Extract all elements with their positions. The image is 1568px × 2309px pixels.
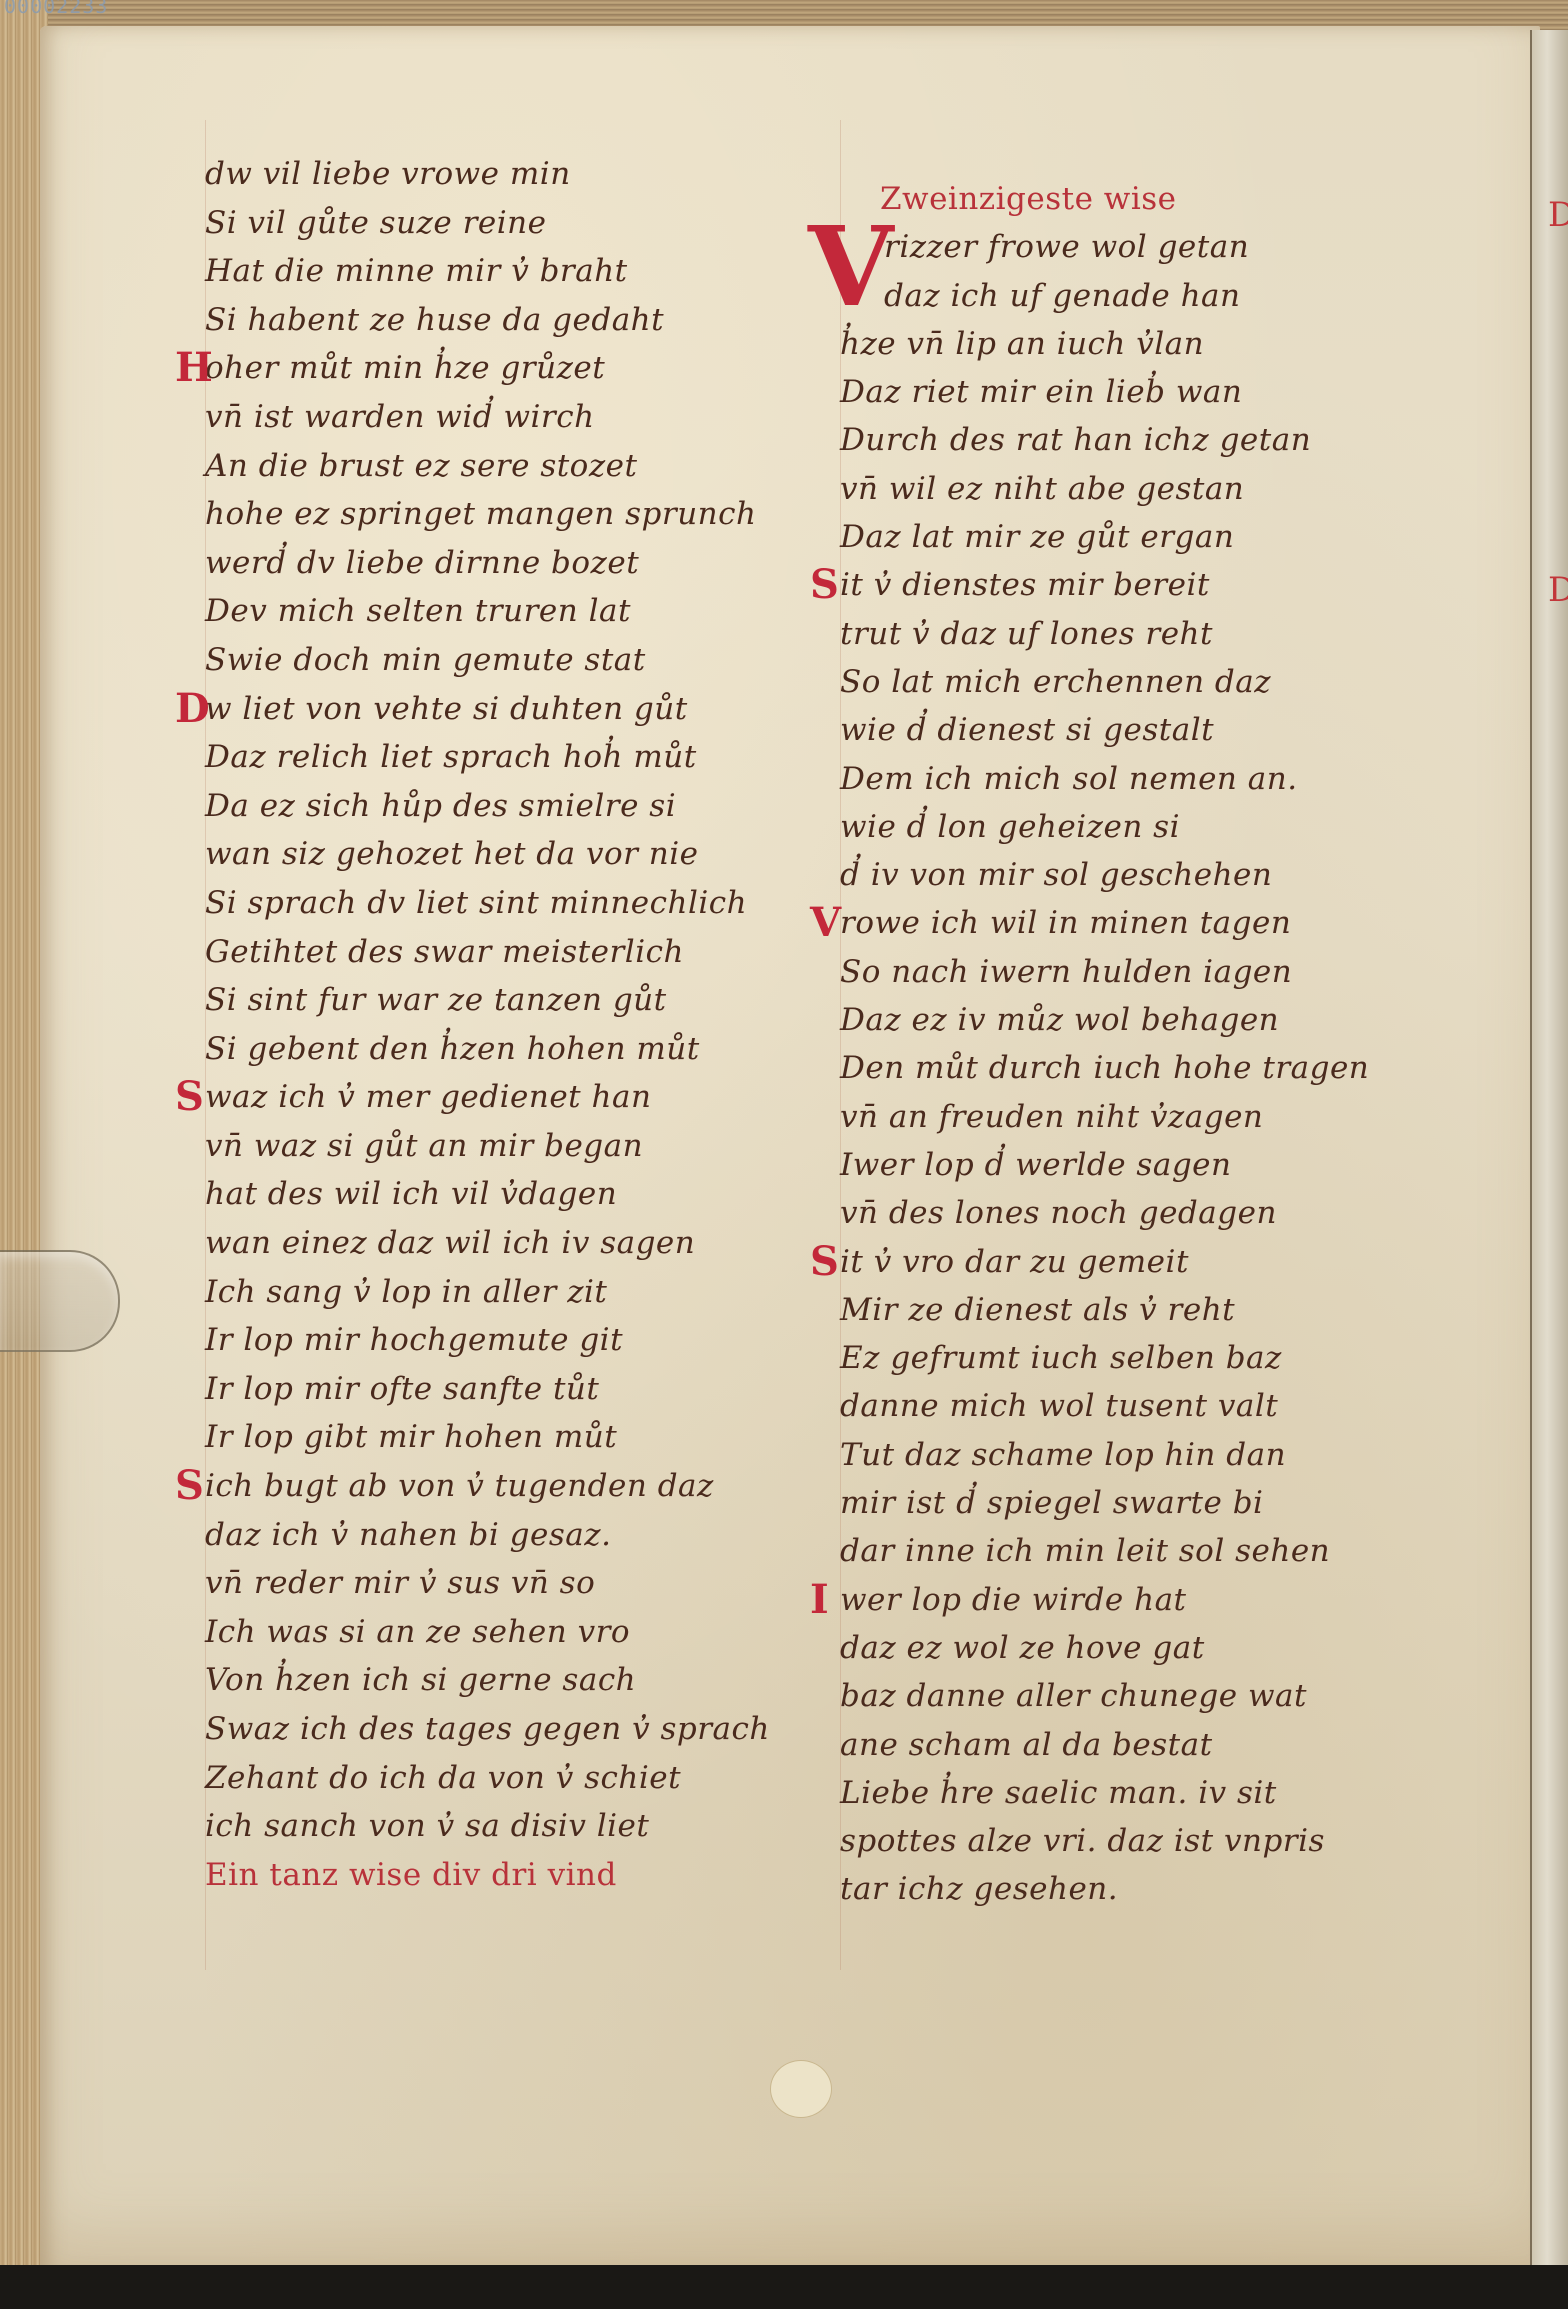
line-text: vn̄ an freuden niht v̓zagen <box>840 1099 1263 1135</box>
text-line: Swaz ich v̓ mer gedienet han <box>205 1073 785 1122</box>
line-text: vn̄ reder mir v̓ sus vn̄ so <box>205 1565 595 1601</box>
line-text: dw vil liebe vrowe min <box>205 156 571 192</box>
text-line: Sich bugt ab von v̓ tugenden daz <box>205 1462 785 1511</box>
line-text: So nach iwern hulden iagen <box>840 954 1292 990</box>
line-text: Si sint fur war ze tanzen gůt <box>205 982 667 1018</box>
red-initial: I <box>810 1576 829 1624</box>
text-line: Sit v̓ dienstes mir bereit <box>840 561 1400 609</box>
text-line: ich sanch von v̓ sa disiv liet <box>205 1802 785 1851</box>
line-text: wan einez daz wil ich iv sagen <box>205 1225 695 1261</box>
text-line: An die brust ez sere stozet <box>205 442 785 491</box>
line-text: Hat die minne mir v̓ braht <box>205 253 628 289</box>
text-line: Iwer lop die wirde hat <box>840 1576 1400 1624</box>
line-text: Mir ze dienest als v̓ reht <box>840 1292 1235 1328</box>
text-line: dw vil liebe vrowe min <box>205 150 785 199</box>
line-text: Getihtet des swar meisterlich <box>205 934 684 970</box>
text-line: ane scham al da bestat <box>840 1721 1400 1769</box>
text-line: werd̓ dv liebe dirnne bozet <box>205 539 785 588</box>
text-line: Si vil gůte suze reine <box>205 199 785 248</box>
text-line: trut v̓ daz uf lones reht <box>840 610 1400 658</box>
left-column: dw vil liebe vrowe minSi vil gůte suze r… <box>205 150 785 1899</box>
text-line: Si gebent den h̓zen hohen můt <box>205 1025 785 1074</box>
text-line: So lat mich erchennen daz <box>840 658 1400 706</box>
text-line: vn̄ ist warden wid̓ wirch <box>205 393 785 442</box>
line-text: Swie doch min gemute stat <box>205 642 646 678</box>
facing-page-initial: D <box>1548 570 1568 610</box>
line-text: trut v̓ daz uf lones reht <box>840 616 1213 652</box>
line-text: rizzer frowe wol getan <box>884 229 1249 265</box>
text-line: Von h̓zen ich si gerne sach <box>205 1656 785 1705</box>
red-initial: S <box>175 1462 204 1511</box>
text-line: wan einez daz wil ich iv sagen <box>205 1219 785 1268</box>
text-line: Da ez sich hůp des smielre si <box>205 782 785 831</box>
line-text: Si vil gůte suze reine <box>205 205 546 241</box>
line-text: daz ich uf genade han <box>884 278 1241 314</box>
text-line: Mir ze dienest als v̓ reht <box>840 1286 1400 1334</box>
line-text: wan siz gehozet het da vor nie <box>205 836 699 872</box>
text-line: Ir lop mir ofte sanfte tůt <box>205 1365 785 1414</box>
line-text: vn̄ des lones noch gedagen <box>840 1195 1277 1231</box>
text-line: Ir lop mir hochgemute git <box>205 1316 785 1365</box>
red-initial: H <box>175 344 213 393</box>
line-text: wer lop die wirde hat <box>840 1582 1187 1618</box>
line-text: dar inne ich min leit sol sehen <box>840 1533 1330 1569</box>
line-text: Si sprach dv liet sint minnechlich <box>205 885 747 921</box>
red-initial: S <box>175 1073 204 1122</box>
text-line: tar ichz gesehen. <box>840 1865 1400 1913</box>
text-line: mir ist d̓ spiegel swarte bi <box>840 1479 1400 1527</box>
line-text: vn̄ waz si gůt an mir began <box>205 1128 643 1164</box>
text-line: Den můt durch iuch hohe tragen <box>840 1044 1400 1092</box>
line-text: daz ez wol ze hove gat <box>840 1630 1205 1666</box>
line-text: Swaz ich des tages gegen v̓ sprach <box>205 1711 770 1747</box>
line-text: w liet von vehte si duhten gůt <box>205 691 688 727</box>
red-initial: S <box>810 561 839 609</box>
line-text: Dev mich selten truren lat <box>205 593 631 629</box>
red-initial: D <box>175 685 210 734</box>
line-text: Ich was si an ze sehen vro <box>205 1614 630 1650</box>
line-text: Daz riet mir ein lieb̓ wan <box>840 374 1242 410</box>
line-text: Daz relich liet sprach hoh̓ můt <box>205 739 697 775</box>
text-line: vn̄ an freuden niht v̓zagen <box>840 1093 1400 1141</box>
line-text: ich sanch von v̓ sa disiv liet <box>205 1808 649 1844</box>
line-text: Den můt durch iuch hohe tragen <box>840 1050 1369 1086</box>
text-line: daz ich uf genade han <box>840 272 1400 320</box>
text-line: daz ez wol ze hove gat <box>840 1624 1400 1672</box>
text-line: Dw liet von vehte si duhten gůt <box>205 685 785 734</box>
text-line: hat des wil ich vil v̓dagen <box>205 1170 785 1219</box>
text-line: Vrowe ich wil in minen tagen <box>840 899 1400 947</box>
red-initial: V <box>810 899 842 947</box>
page-clip <box>0 1250 120 1352</box>
text-line: vn̄ wil ez niht abe gestan <box>840 465 1400 513</box>
line-text: Ir lop mir ofte sanfte tůt <box>205 1371 599 1407</box>
text-line: Tut daz schame lop hin dan <box>840 1431 1400 1479</box>
background-dark <box>0 2265 1568 2309</box>
text-line: Sit v̓ vro dar zu gemeit <box>840 1238 1400 1286</box>
line-text: d̓ iv von mir sol geschehen <box>840 857 1272 893</box>
text-line: Daz riet mir ein lieb̓ wan <box>840 368 1400 416</box>
text-line: Daz lat mir ze gůt ergan <box>840 513 1400 561</box>
text-line: d̓ iv von mir sol geschehen <box>840 851 1400 899</box>
line-text: Si habent ze huse da gedaht <box>205 302 664 338</box>
rubric-line: Ein tanz wise div dri vind <box>205 1851 785 1900</box>
line-text: Durch des rat han ichz getan <box>840 422 1311 458</box>
text-line: vn̄ des lones noch gedagen <box>840 1189 1400 1237</box>
text-line: Ich sang v̓ lop in aller zit <box>205 1268 785 1317</box>
text-line: Vrizzer frowe wol getan <box>840 223 1400 271</box>
text-line: wie d̓ lon geheizen si <box>840 803 1400 851</box>
text-line: hohe ez springet mangen sprunch <box>205 490 785 539</box>
line-text: waz ich v̓ mer gedienet han <box>205 1079 651 1115</box>
line-text: it v̓ vro dar zu gemeit <box>840 1244 1189 1280</box>
text-line: wan siz gehozet het da vor nie <box>205 830 785 879</box>
parchment-hole <box>770 2060 832 2118</box>
line-text: Ich sang v̓ lop in aller zit <box>205 1274 607 1310</box>
text-line: Si sprach dv liet sint minnechlich <box>205 879 785 928</box>
facing-page-initial: D <box>1548 195 1568 235</box>
text-line: Ir lop gibt mir hohen můt <box>205 1413 785 1462</box>
text-line: Hat die minne mir v̓ braht <box>205 247 785 296</box>
line-text: ane scham al da bestat <box>840 1727 1213 1763</box>
line-text: Von h̓zen ich si gerne sach <box>205 1662 636 1698</box>
line-text: Liebe h̓re saelic man. iv sit <box>840 1775 1277 1811</box>
line-text: spottes alze vri. daz ist vnpris <box>840 1823 1325 1859</box>
text-line: Si habent ze huse da gedaht <box>205 296 785 345</box>
text-line: Si sint fur war ze tanzen gůt <box>205 976 785 1025</box>
line-text: daz ich v̓ nahen bi gesaz. <box>205 1517 611 1553</box>
text-line: Swie doch min gemute stat <box>205 636 785 685</box>
text-line: Swaz ich des tages gegen v̓ sprach <box>205 1705 785 1754</box>
text-line: Liebe h̓re saelic man. iv sit <box>840 1769 1400 1817</box>
line-text: vn̄ ist warden wid̓ wirch <box>205 399 595 435</box>
line-text: wie d̓ lon geheizen si <box>840 809 1180 845</box>
line-text: Ir lop mir hochgemute git <box>205 1322 623 1358</box>
text-line: Zehant do ich da von v̓ schiet <box>205 1754 785 1803</box>
text-line: Ich was si an ze sehen vro <box>205 1608 785 1657</box>
line-text: Tut daz schame lop hin dan <box>840 1437 1286 1473</box>
text-line: danne mich wol tusent valt <box>840 1382 1400 1430</box>
text-line: wie d̓ dienest si gestalt <box>840 706 1400 754</box>
line-text: An die brust ez sere stozet <box>205 448 637 484</box>
facing-page-edge <box>1530 30 1568 2309</box>
line-text: mir ist d̓ spiegel swarte bi <box>840 1485 1263 1521</box>
text-line: Dem ich mich sol nemen an. <box>840 755 1400 803</box>
line-text: it v̓ dienstes mir bereit <box>840 567 1210 603</box>
line-text: tar ichz gesehen. <box>840 1871 1118 1907</box>
text-line: spottes alze vri. daz ist vnpris <box>840 1817 1400 1865</box>
text-line: Dev mich selten truren lat <box>205 587 785 636</box>
line-text: h̓ze vn̄ lip an iuch v̓lan <box>840 326 1204 362</box>
line-text: Si gebent den h̓zen hohen můt <box>205 1031 700 1067</box>
line-text: Iwer lop d̓ werlde sagen <box>840 1147 1231 1183</box>
text-line: dar inne ich min leit sol sehen <box>840 1527 1400 1575</box>
line-text: hohe ez springet mangen sprunch <box>205 496 756 532</box>
line-text: So lat mich erchennen daz <box>840 664 1271 700</box>
line-text: Da ez sich hůp des smielre si <box>205 788 676 824</box>
line-text: werd̓ dv liebe dirnne bozet <box>205 545 639 581</box>
line-text: Ir lop gibt mir hohen můt <box>205 1419 617 1455</box>
text-line: vn̄ waz si gůt an mir began <box>205 1122 785 1171</box>
text-line: h̓ze vn̄ lip an iuch v̓lan <box>840 320 1400 368</box>
line-text: baz danne aller chunege wat <box>840 1678 1307 1714</box>
page-id-label: 00002233 <box>4 0 108 18</box>
text-line: Durch des rat han ichz getan <box>840 416 1400 464</box>
text-line: daz ich v̓ nahen bi gesaz. <box>205 1511 785 1560</box>
text-line: Iwer lop d̓ werlde sagen <box>840 1141 1400 1189</box>
line-text: danne mich wol tusent valt <box>840 1388 1278 1424</box>
line-text: Daz lat mir ze gůt ergan <box>840 519 1234 555</box>
line-text: wie d̓ dienest si gestalt <box>840 712 1214 748</box>
text-line: So nach iwern hulden iagen <box>840 948 1400 996</box>
line-text: ich bugt ab von v̓ tugenden daz <box>205 1468 714 1504</box>
red-initial: S <box>810 1238 839 1286</box>
line-text: Dem ich mich sol nemen an. <box>840 761 1298 797</box>
right-column: Zweinzigeste wise Vrizzer frowe wol geta… <box>840 175 1400 1914</box>
line-text: oher můt min h̓ze grůzet <box>205 350 605 386</box>
text-line: Hoher můt min h̓ze grůzet <box>205 344 785 393</box>
line-text: Ez gefrumt iuch selben baz <box>840 1340 1282 1376</box>
line-text: Daz ez iv můz wol behagen <box>840 1002 1279 1038</box>
line-text: Zehant do ich da von v̓ schiet <box>205 1760 681 1796</box>
line-text: hat des wil ich vil v̓dagen <box>205 1176 617 1212</box>
line-text: rowe ich wil in minen tagen <box>840 905 1291 941</box>
text-line: Daz relich liet sprach hoh̓ můt <box>205 733 785 782</box>
text-line: Ez gefrumt iuch selben baz <box>840 1334 1400 1382</box>
section-heading: Zweinzigeste wise <box>840 175 1400 223</box>
line-text: vn̄ wil ez niht abe gestan <box>840 471 1244 507</box>
text-line: Daz ez iv můz wol behagen <box>840 996 1400 1044</box>
text-line: Getihtet des swar meisterlich <box>205 928 785 977</box>
text-line: baz danne aller chunege wat <box>840 1672 1400 1720</box>
text-line: vn̄ reder mir v̓ sus vn̄ so <box>205 1559 785 1608</box>
